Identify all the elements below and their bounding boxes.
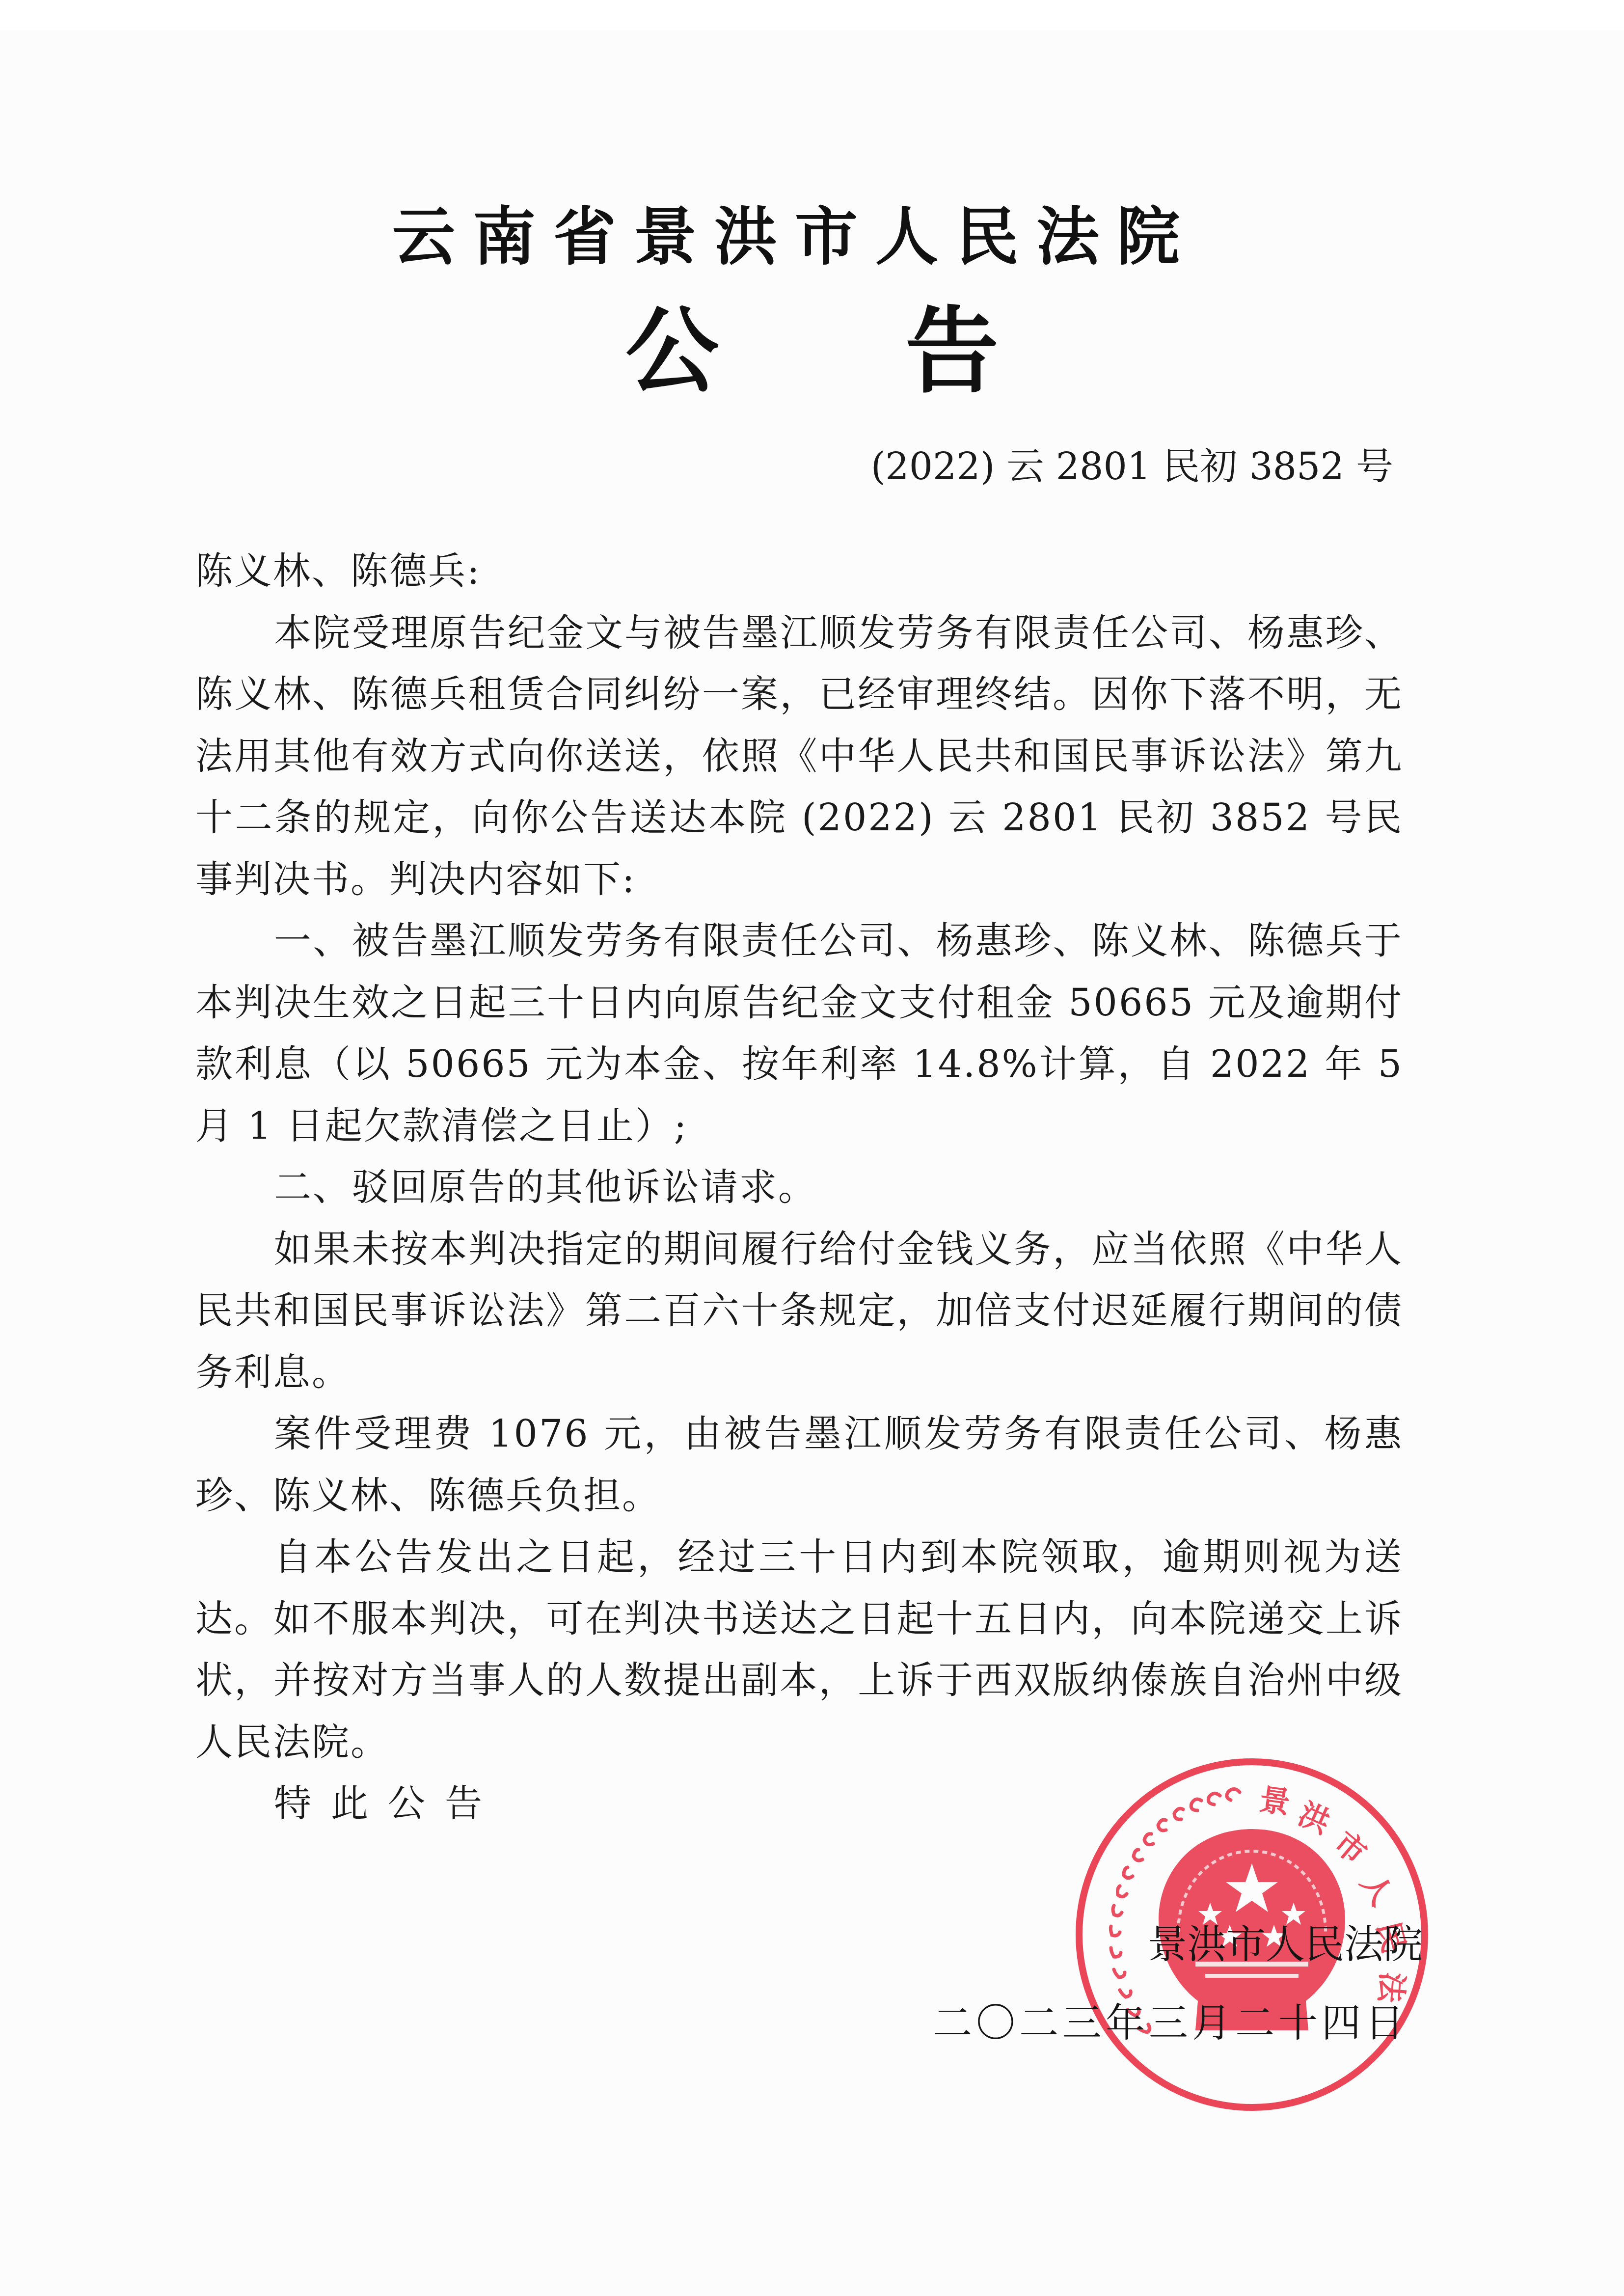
case-number: (2022) 云 2801 民初 3852 号 [871,439,1393,493]
paragraph-service-appeal: 自本公告发出之日起，经过三十日内到本院领取，逾期则视为送达。如不服本判决，可在判… [195,1526,1403,1773]
paragraph-late-payment: 如果未按本判决指定的期间履行给付金钱义务，应当依照《中华人民共和国民事诉讼法》第… [195,1218,1403,1403]
paragraph-judgment-item-2: 二、驳回原告的其他诉讼请求。 [195,1156,1403,1218]
document-title-char-1: 公 [625,296,719,406]
paragraph-case-fee: 案件受理费 1076 元，由被告墨江顺发劳务有限责任公司、杨惠珍、陈义林、陈德兵… [195,1403,1403,1526]
document-title-char-2: 告 [905,296,999,406]
notice-body: 陈义林、陈德兵: 本院受理原告纪金文与被告墨江顺发劳务有限责任公司、杨惠珍、陈义… [195,540,1403,1834]
paragraph-case-intro: 本院受理原告纪金文与被告墨江顺发劳务有限责任公司、杨惠珍、陈义林、陈德兵租赁合同… [195,602,1403,910]
signing-court: 景洪市人民法院 [1148,1917,1423,1971]
paragraph-judgment-item-1: 一、被告墨江顺发劳务有限责任公司、杨惠珍、陈义林、陈德兵于本判决生效之日起三十日… [195,910,1403,1156]
svg-text:景: 景 [1257,1781,1293,1821]
court-name-heading: 云南省景洪市人民法院 [0,200,1624,274]
svg-text:市: 市 [1327,1825,1373,1872]
scan-top-edge [0,0,1624,30]
svg-text:人: 人 [1353,1867,1400,1912]
document-title: 公告 [0,295,1624,408]
salutation: 陈义林、陈德兵: [195,540,1403,602]
svg-text:洪: 洪 [1293,1796,1335,1841]
signing-date: 二〇二三年三月二十四日 [933,1996,1408,2050]
